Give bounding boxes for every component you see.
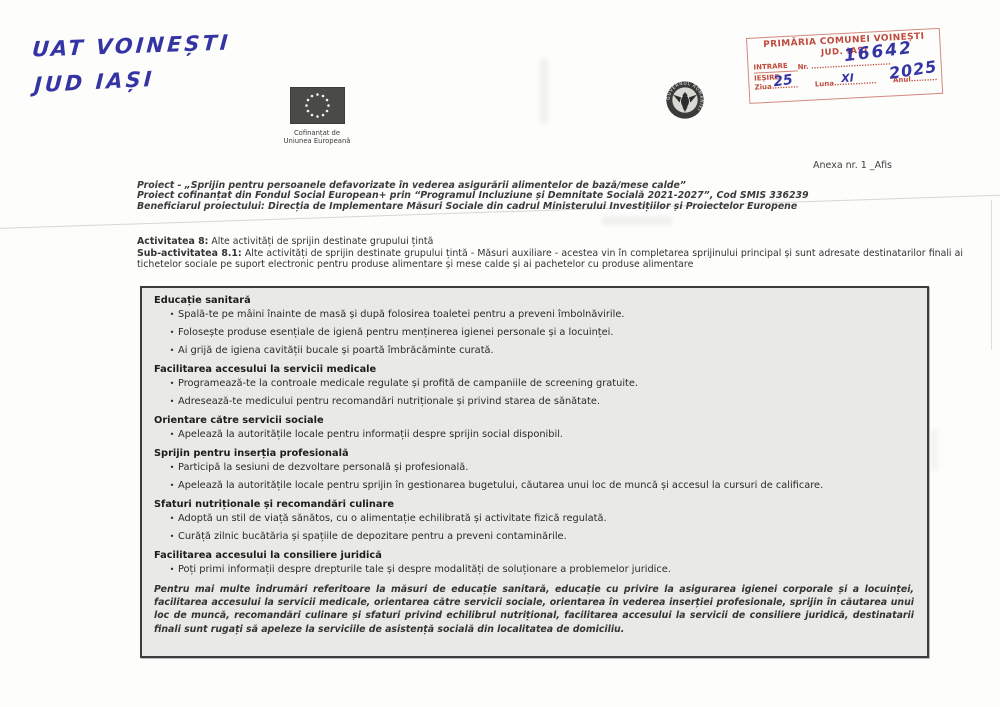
scan-edge-line — [991, 200, 992, 350]
list-item: •Participă la sesiuni de dezvoltare pers… — [154, 463, 914, 473]
bullet-icon: • — [166, 532, 178, 542]
registry-stamp: PRIMĂRIA COMUNEI VOINEȘTI JUD. IAȘI INTR… — [746, 28, 943, 104]
list-item: •Folosește produse esențiale de igienă p… — [154, 328, 914, 338]
bullet-icon: • — [166, 379, 178, 389]
scan-artifact — [540, 58, 548, 124]
section-heading-servicii-sociale: Orientare către servicii sociale — [154, 415, 914, 426]
section-heading-insertia-profesionala: Sprijin pentru inserția profesională — [154, 448, 914, 459]
bullet-icon: • — [166, 430, 178, 440]
list-item: •Adoptă un stil de viață sănătos, cu o a… — [154, 514, 914, 524]
list-item: •Apelează la autoritățile locale pentru … — [154, 430, 914, 440]
bullet-icon: • — [166, 397, 178, 407]
handwritten-note-line1: UAT VOINEȘTI — [31, 30, 231, 61]
list-item: •Programează-te la controale medicale re… — [154, 379, 914, 389]
list-item: •Ai grijă de igiena cavității bucale și … — [154, 346, 914, 356]
bullet-icon: • — [166, 310, 178, 320]
bullet-icon: • — [166, 514, 178, 524]
bullet-icon: • — [166, 346, 178, 356]
section-heading-sfaturi-nutritionale: Sfaturi nutriționale și recomandări culi… — [154, 499, 914, 510]
list-item: •Curăță zilnic bucătăria și spațiile de … — [154, 532, 914, 542]
scan-artifact — [930, 430, 938, 470]
bullet-icon: • — [166, 481, 178, 491]
scan-artifact — [602, 216, 672, 225]
activity-text: Alte activități de sprijin destinate gru… — [211, 236, 433, 247]
bullet-icon: • — [166, 565, 178, 575]
list-item: •Spală-te pe mâini înainte de masă și du… — [154, 310, 914, 320]
bullet-icon: • — [166, 328, 178, 338]
bullet-icon: • — [166, 463, 178, 473]
annex-label: Anexa nr. 1 _Afis — [813, 160, 892, 171]
subactivity-text: Alte activități de sprijin destinate gru… — [137, 248, 963, 270]
handwritten-note-line2: JUD IAȘI — [33, 67, 155, 97]
box-footer-paragraph: Pentru mai multe îndrumări referitoare l… — [154, 583, 914, 636]
stamp-month-handwritten: XI — [841, 71, 854, 85]
eu-flag-caption: Cofinanțat de Uniunea Europeană — [257, 129, 377, 145]
project-line-3: Beneficiarul proiectului: Direcția de Im… — [137, 202, 977, 212]
section-heading-educatie-sanitara: Educație sanitară — [154, 295, 914, 306]
subactivity-label: Sub-activitatea 8.1: — [137, 248, 242, 259]
project-description: Proiect - „Sprijin pentru persoanele def… — [137, 181, 977, 212]
section-heading-servicii-medicale: Facilitarea accesului la servicii medica… — [154, 364, 914, 375]
government-seal-icon: GUVERNUL ROMÂNIEI — [665, 80, 705, 124]
list-item: •Adresează-te medicului pentru recomandă… — [154, 397, 914, 407]
activity-label: Activitatea 8: — [137, 236, 208, 247]
list-item: •Poți primi informații despre drepturile… — [154, 565, 914, 575]
eu-flag-icon — [290, 87, 345, 128]
activity-block: Activitatea 8: Alte activități de spriji… — [137, 237, 963, 270]
section-heading-consiliere-juridica: Facilitarea accesului la consiliere juri… — [154, 550, 914, 561]
stamp-day-handwritten: 25 — [772, 72, 794, 91]
list-item: •Apelează la autoritățile locale pentru … — [154, 481, 914, 491]
measures-box: Educație sanitară •Spală-te pe mâini îna… — [140, 286, 929, 658]
